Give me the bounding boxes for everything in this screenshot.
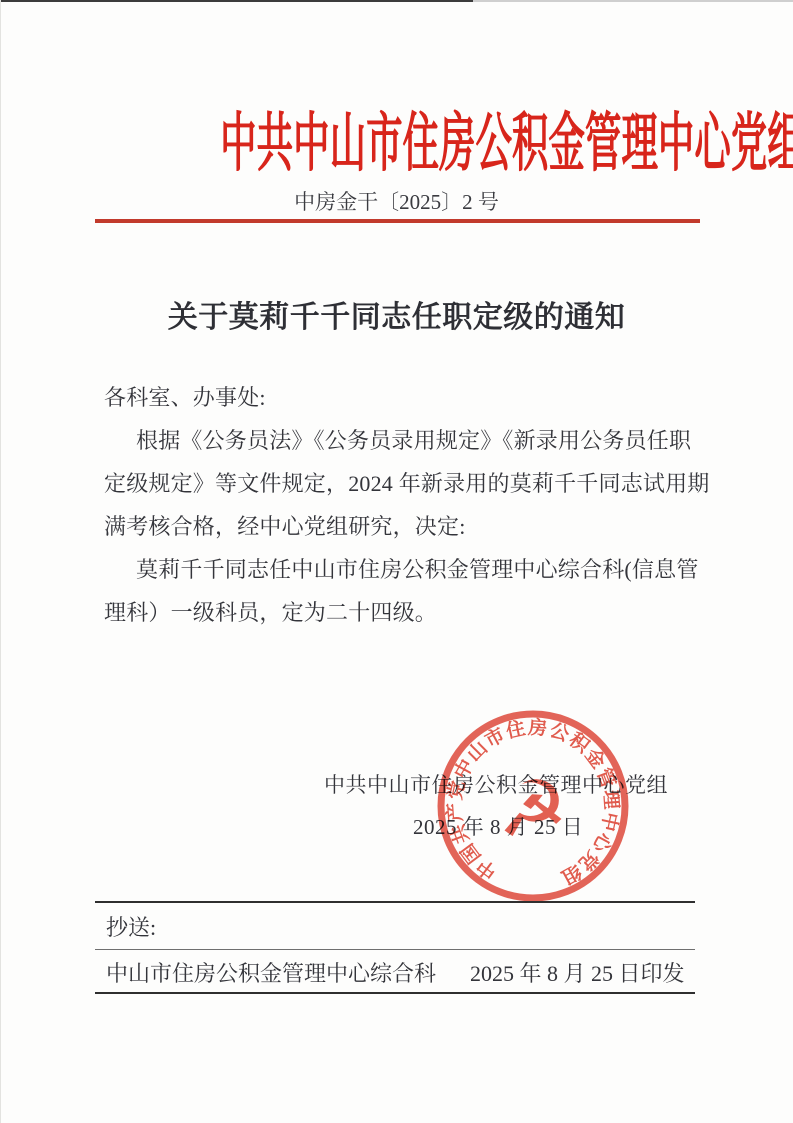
footer-print-date: 2025 年 8 月 25 日印发 [470,957,685,988]
footer-rule-bottom [95,992,695,994]
scan-artifact-top-dark [0,0,473,2]
body-line: 满考核合格，经中心党组研究，决定: [104,505,716,548]
footer-issuing-office: 中山市住房公积金管理中心综合科 [106,957,436,988]
document-number: 中房金干〔2025〕2 号 [0,186,793,216]
footer-rule-top [95,901,695,903]
letterhead-org-title: 中共中山市住房公积金管理中心党组 [0,104,793,184]
document-body: 各科室、办事处: 根据《公务员法》《公务员录用规定》《新录用公务员任职 定级规定… [104,376,716,634]
document-page: 中共中山市住房公积金管理中心党组 中房金干〔2025〕2 号 关于莫莉千千同志任… [0,0,793,1123]
body-line: 定级规定》等文件规定，2024 年新录用的莫莉千千同志试用期 [104,462,716,505]
cc-line-label: 抄送: [106,911,156,942]
document-title: 关于莫莉千千同志任职定级的通知 [0,292,793,336]
letterhead-org-title-text: 中共中山市住房公积金管理中心党组 [220,104,793,184]
body-line-salutation: 各科室、办事处: [104,376,716,419]
body-line: 莫莉千千同志任中山市住房公积金管理中心综合科(信息管 [104,548,716,591]
scan-artifact-top-light [473,0,793,2]
footer-rule-middle [95,949,695,950]
party-emblem-icon: ☭ [498,765,568,855]
body-line: 根据《公务员法》《公务员录用规定》《新录用公务员任职 [104,419,716,462]
official-party-seal: 中国共产党中山市住房公积金管理中心党组 ☭ [433,706,633,906]
body-line: 理科）一级科员，定为二十四级。 [104,591,716,634]
letterhead-red-rule [95,219,700,223]
